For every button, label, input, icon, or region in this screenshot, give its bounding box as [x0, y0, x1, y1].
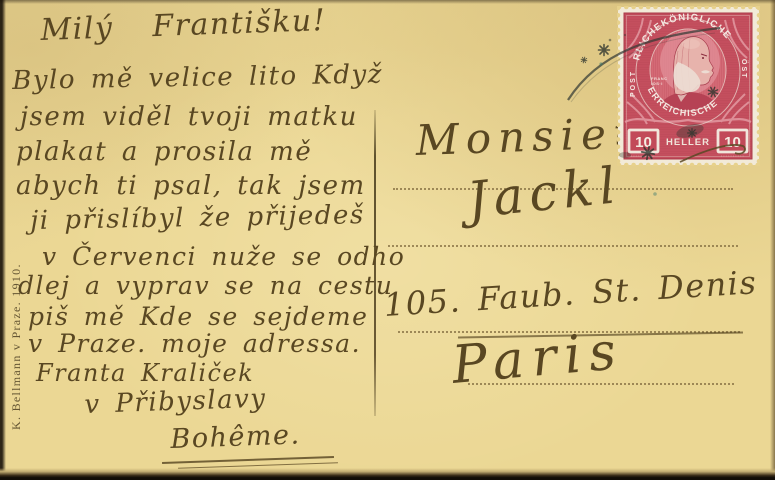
- message-line: jsem viděl tvoji matku: [20, 104, 358, 130]
- postcard-back: K. Bellmann v Praze. 1910. Milý Františk…: [0, 0, 775, 480]
- scan-edge-top: [0, 0, 775, 4]
- postage-stamp: RLICHEKÖNIGLICHE ERREICHISCHE POST ÖST F…: [617, 6, 760, 166]
- message-line: ji přislíbyl že přijedeš: [30, 202, 365, 234]
- scan-edge-right: [770, 0, 775, 480]
- scan-edge-left: [0, 0, 6, 480]
- stamp-value-left: 10: [635, 134, 652, 151]
- message-line: Bylo mě velice lito Když: [12, 62, 383, 94]
- message-line: v Praze. moje adressa.: [28, 331, 361, 356]
- signature-name: Franta Kraliček: [36, 361, 254, 385]
- message-greeting: Milý Františku!: [40, 6, 327, 46]
- signature-place: v Přibyslavy: [84, 386, 267, 418]
- address-city: Paris: [450, 325, 626, 392]
- message-line: piš mě Kde se sejdeme: [28, 304, 368, 329]
- address-name: Jackl: [465, 160, 624, 226]
- stamp-ring-text-left: POST: [630, 70, 637, 97]
- message-line: abych ti psal, tak jsem: [16, 173, 366, 199]
- message-line: v Červenci nuže se odho: [42, 244, 405, 269]
- postcard-scan: K. Bellmann v Praze. 1910. Milý Františk…: [0, 0, 775, 480]
- stamp-value-right: 10: [724, 134, 741, 151]
- signature-underline: [178, 462, 338, 469]
- address-street: 105. Faub. St. Denis: [383, 266, 758, 321]
- address-line-rule-2: [388, 245, 738, 247]
- signature-country: Bohême.: [170, 421, 301, 453]
- stamp-currency-label: HELLER: [666, 137, 710, 148]
- stamp-ring-text-right: ÖST: [740, 59, 749, 79]
- scan-edge-bottom: [0, 468, 775, 480]
- message-line: plakat a prosila mě: [16, 139, 312, 165]
- stamp-portrait-caption: IOS·I: [651, 81, 663, 86]
- message-line: dlej a vyprav se na cestu: [18, 273, 393, 298]
- stamp-svg: RLICHEKÖNIGLICHE ERREICHISCHE POST ÖST F…: [617, 6, 760, 166]
